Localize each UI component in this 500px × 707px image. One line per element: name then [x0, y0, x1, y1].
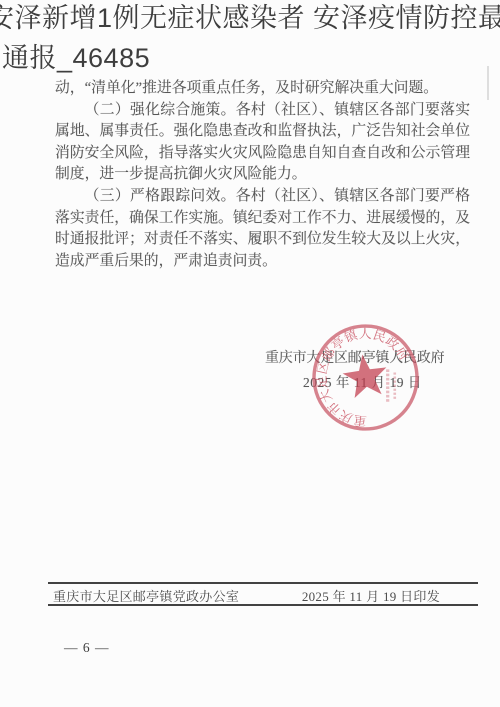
- footer-print-date: 2025 年 11 月 19 日印发: [302, 586, 440, 605]
- body-line: 消防安全风险，指导落实火灾风险隐患自知自查自改和公示管理: [55, 143, 470, 165]
- footer-divider-top: [48, 582, 478, 584]
- scan-artifact-line: [487, 66, 489, 100]
- star-icon: [340, 351, 390, 399]
- body-line: 动，“清单化”推进各项重点任务，及时研究解决重大问题。: [55, 78, 470, 100]
- document-body: 动，“清单化”推进各项重点任务，及时研究解决重大问题。 （二）强化综合施策。各村…: [55, 78, 470, 272]
- page-title-line1: 安泽新增1例无症状感染者 安泽疫情防控最新: [0, 1, 500, 35]
- seal-code-marks: [388, 369, 395, 402]
- body-line: 属地、属事责任。强化隐患查改和监督执法，广泛告知社会单位: [55, 121, 470, 143]
- page-title-line2: 通报_46485: [2, 41, 150, 75]
- body-line: （二）强化综合施策。各村（社区）、镇辖区各部门要落实: [55, 100, 470, 122]
- body-line: 造成严重后果的，严肃追责问责。: [55, 251, 470, 273]
- footer-divider-bottom: [48, 604, 478, 606]
- official-seal: 重庆市大足区邮亭镇人民政府: [310, 322, 421, 433]
- body-line: （三）严格跟踪问效。各村（社区）、镇辖区各部门要严格: [55, 186, 470, 208]
- page-number: — 6 —: [64, 640, 110, 656]
- body-line: 落实责任，确保工作实施。镇纪委对工作不力、进展缓慢的，及: [55, 208, 470, 230]
- body-line: 时通报批评；对责任不落实、履职不到位发生较大及以上火灾，: [55, 229, 470, 251]
- document-scan-page: 安泽新增1例无症状感染者 安泽疫情防控最新 通报_46485 动，“清单化”推进…: [0, 0, 500, 707]
- footer-issuer: 重庆市大足区邮亭镇党政办公室: [53, 586, 239, 605]
- body-line: 制度，进一步提高抗御火灾风险能力。: [55, 164, 470, 186]
